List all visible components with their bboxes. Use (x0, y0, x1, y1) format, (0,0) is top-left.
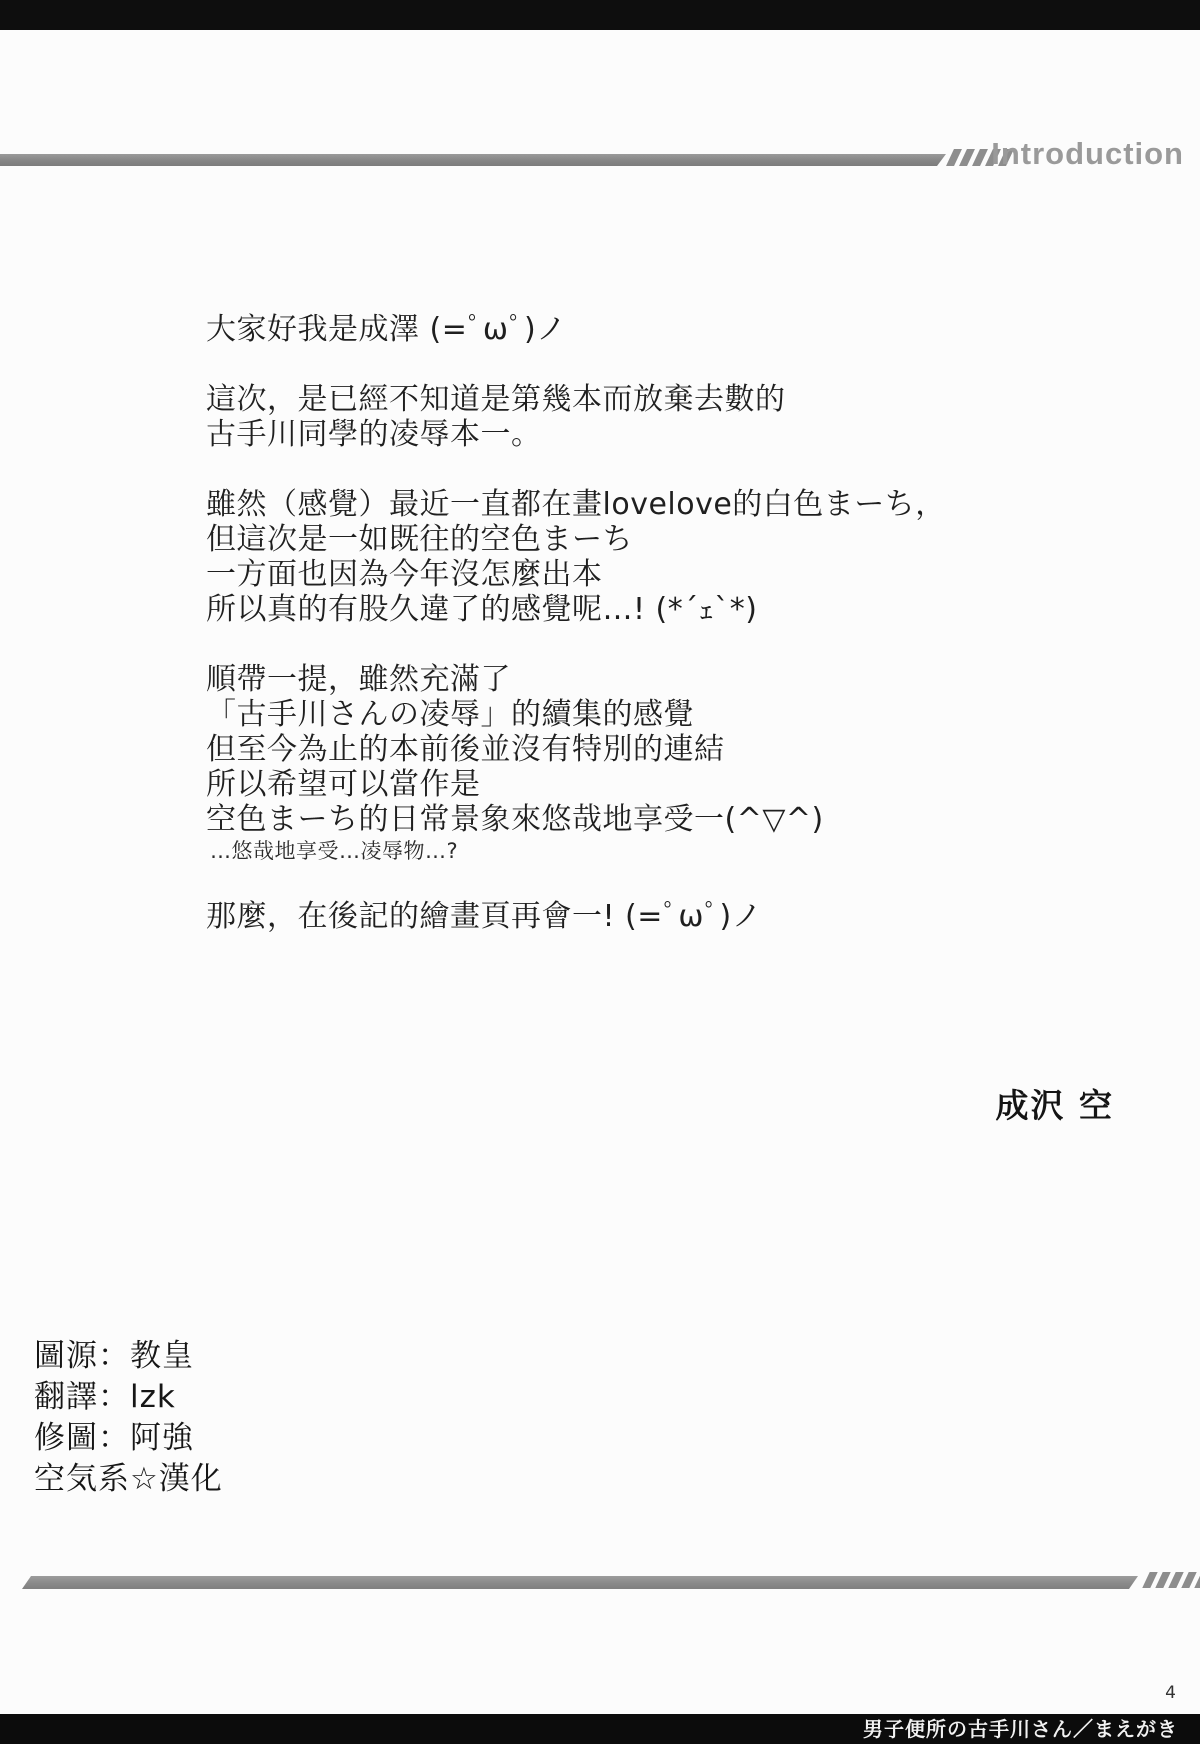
text-line: 這次，是已經不知道是第幾本而放棄去數的 (206, 382, 946, 417)
intro-body-text: 大家好我是成澤 (=ﾟωﾟ)ノ 這次，是已經不知道是第幾本而放棄去數的 古手川同… (206, 312, 946, 969)
header-rule-bar (0, 154, 946, 166)
intro-paragraph: 順帶一提，雖然充滿了 「古手川さんの凌辱」的續集的感覺 但至今為止的本前後並沒有… (206, 662, 946, 864)
text-line: 古手川同學的凌辱本一。 (206, 417, 946, 452)
intro-paragraph: 這次，是已經不知道是第幾本而放棄去數的 古手川同學的凌辱本一。 (206, 382, 946, 452)
text-line: 空色まーち的日常景象來悠哉地享受一(^▽^) (206, 802, 946, 837)
footer-black-band: 男子便所の古手川さん／まえがき (0, 1714, 1200, 1744)
hatch-stripes-icon (1146, 1572, 1200, 1588)
intro-paragraph: 雖然（感覺）最近一直都在畫lovelove的白色まーち， 但這次是一如既往的空色… (206, 487, 946, 627)
text-line: 雖然（感覺）最近一直都在畫lovelove的白色まーち， (206, 487, 946, 522)
credit-line: 翻譯：lzk (34, 1377, 223, 1418)
text-line: 但這次是一如既往的空色まーち (206, 522, 946, 557)
text-line: 一方面也因為今年沒怎麼出本 (206, 557, 946, 592)
text-line: 所以希望可以當作是 (206, 767, 946, 802)
credit-line: 空気系☆漢化 (34, 1459, 223, 1500)
text-line: 順帶一提，雖然充滿了 (206, 662, 946, 697)
page-number: 4 (1165, 1683, 1176, 1703)
footer-running-title: 男子便所の古手川さん／まえがき (863, 1714, 1200, 1744)
text-line: 但至今為止的本前後並沒有特別的連結 (206, 732, 946, 767)
text-line: 「古手川さんの凌辱」的續集的感覺 (206, 697, 946, 732)
intro-paragraph: 大家好我是成澤 (=ﾟωﾟ)ノ (206, 312, 946, 347)
credit-line: 圖源：教皇 (34, 1336, 223, 1377)
intro-paragraph: 那麼，在後記的繪畫頁再會一! (=ﾟωﾟ)ノ (206, 899, 946, 934)
credit-line: 修圖：阿強 (34, 1418, 223, 1459)
text-line: 大家好我是成澤 (=ﾟωﾟ)ノ (206, 312, 567, 347)
author-signature: 成沢 空 (0, 1080, 1114, 1127)
text-line: 所以真的有股久違了的感覺呢…! (*´ｪ`*) (206, 592, 946, 627)
introduction-heading: Introduction (991, 136, 1184, 172)
scanned-intro-page: Introduction 大家好我是成澤 (=ﾟωﾟ)ノ 這次，是已經不知道是第… (0, 0, 1200, 1744)
footer-rule-bar (22, 1576, 1138, 1589)
credits-block: 圖源：教皇 翻譯：lzk 修圖：阿強 空気系☆漢化 (34, 1336, 223, 1500)
top-black-band (0, 0, 1200, 30)
footnote-line: …悠哉地享受…凌辱物…? (210, 838, 946, 864)
text-line: 那麼，在後記的繪畫頁再會一! (=ﾟωﾟ)ノ (206, 899, 762, 934)
